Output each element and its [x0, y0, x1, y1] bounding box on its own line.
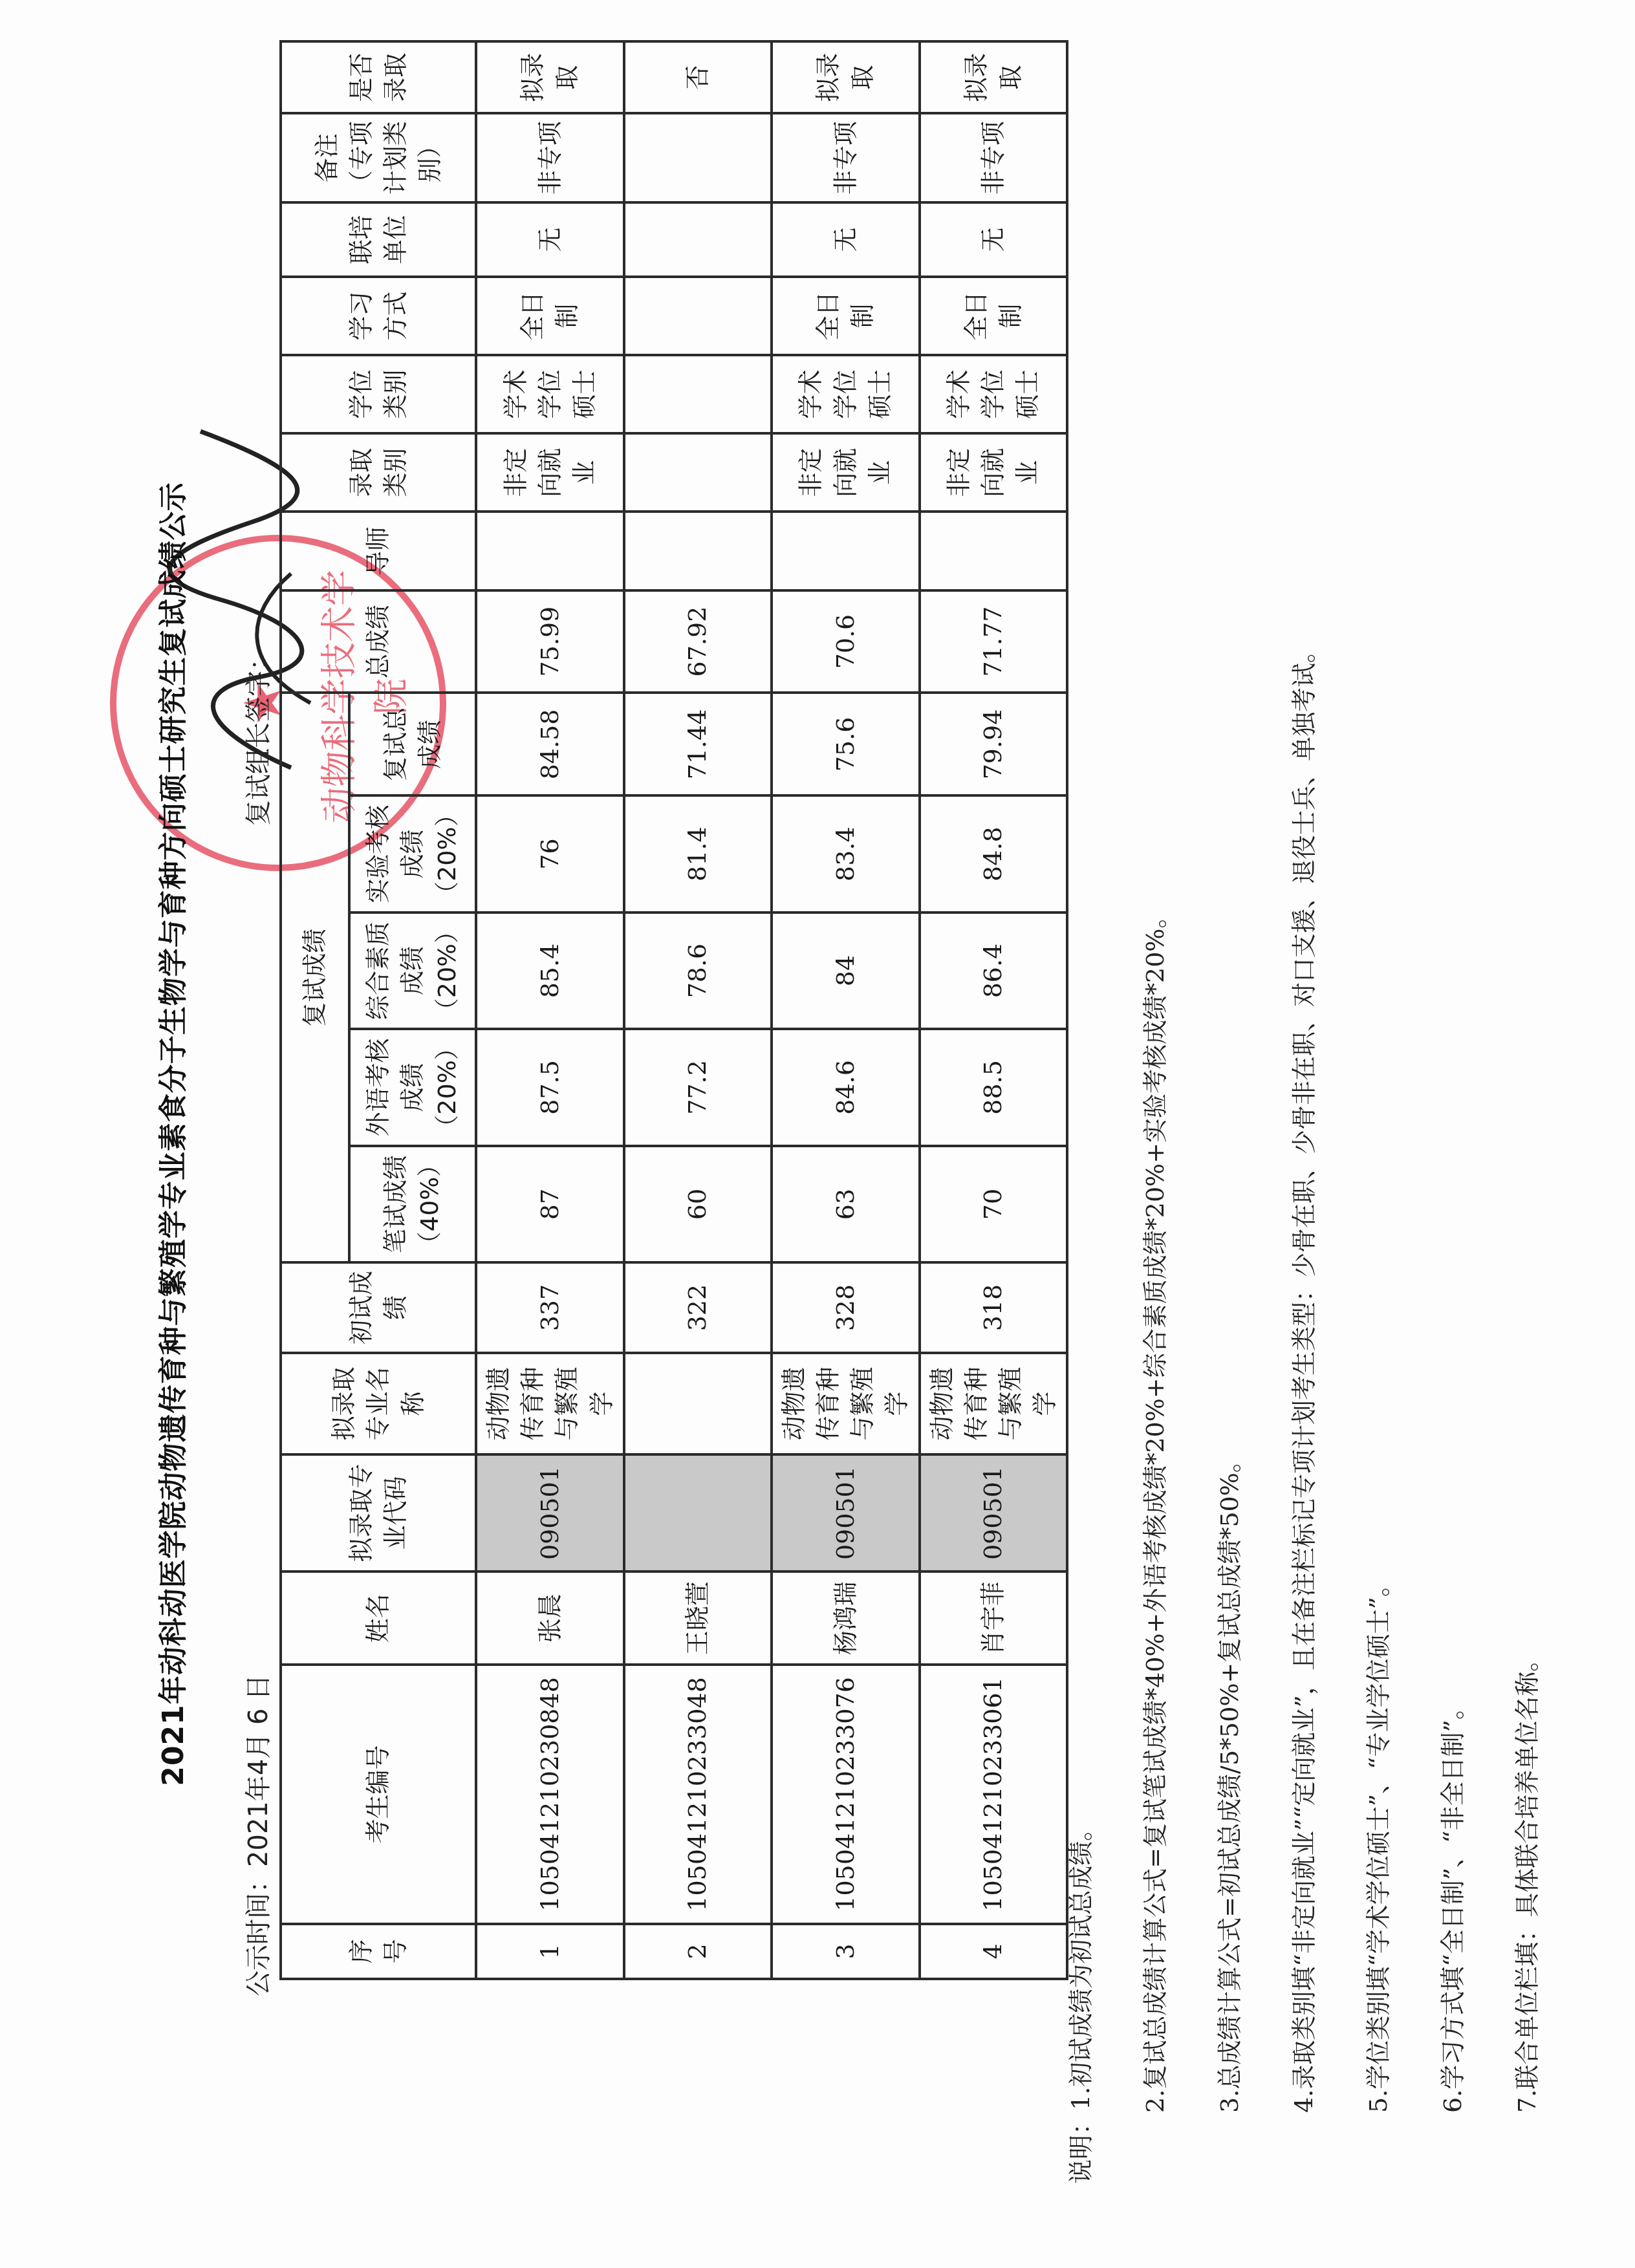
cell-total: 71.77	[920, 590, 1068, 693]
cell-retest-total: 84.58	[476, 693, 624, 795]
cell-written: 70	[920, 1146, 1068, 1262]
note-6: 6.学习方式填“全日制”、“非全日制”。	[1433, 1695, 1468, 2113]
cell-degree-type: 学术学位硕士	[476, 355, 624, 433]
cell-quality: 84	[772, 913, 920, 1029]
cell-degree-type: 学术学位硕士	[772, 355, 920, 433]
header-language: 外语考核成绩（20%）	[349, 1029, 476, 1145]
cell-lab: 81.4	[624, 795, 772, 912]
cell-quality: 78.6	[624, 913, 772, 1029]
cell-name: 杨鸿瑞	[772, 1571, 920, 1665]
notes-lead: 说明：1.初试成绩为初试总成绩。	[1061, 1817, 1096, 2184]
cell-remark: 非专项	[772, 113, 920, 202]
table-row: 3 105041210233076 杨鸿瑞 090501 动物遗传育种与繁殖学 …	[772, 41, 920, 1979]
cell-retest-total: 79.94	[920, 693, 1068, 795]
cell-seq: 3	[772, 1924, 920, 1979]
cell-admit-type: 非定向就业	[476, 433, 624, 512]
cell-major-code: 090501	[476, 1454, 624, 1571]
cell-name: 王晓萱	[624, 1571, 772, 1665]
cell-advisor	[476, 512, 624, 590]
cell-total: 67.92	[624, 590, 772, 693]
cell-name: 肖宇菲	[920, 1571, 1068, 1665]
cell-admit-type: 非定向就业	[920, 433, 1068, 512]
note-3: 3.总成绩计算公式=初试总成绩/5*50%+复试总成绩*50%。	[1209, 1448, 1245, 2113]
header-study-mode: 学习方式	[281, 277, 476, 355]
cell-quality: 86.4	[920, 913, 1068, 1029]
header-major-name: 拟录取专业名称	[281, 1353, 476, 1454]
note-4: 4.录取类别填“非定向就业”“定向就业”，且在备注栏标记专项计划考生类型：少骨在…	[1284, 638, 1319, 2113]
header-prelim-score: 初试成绩	[281, 1262, 476, 1353]
header-advisor: 导师	[281, 512, 476, 590]
cell-language: 77.2	[624, 1029, 772, 1145]
cell-lab: 76	[476, 795, 624, 912]
cell-admitted: 否	[624, 41, 772, 113]
cell-joint-unit	[624, 202, 772, 277]
cell-seq: 1	[476, 1924, 624, 1979]
cell-admitted: 拟录取	[772, 41, 920, 113]
cell-exam-id: 105041210233048	[624, 1665, 772, 1923]
header-major-code: 拟录取专业代码	[281, 1454, 476, 1571]
cell-written: 60	[624, 1146, 772, 1262]
cell-degree-type	[624, 355, 772, 433]
cell-retest-total: 71.44	[624, 693, 772, 795]
cell-lab: 84.8	[920, 795, 1068, 912]
cell-name: 张晨	[476, 1571, 624, 1665]
cell-language: 87.5	[476, 1029, 624, 1145]
cell-admit-type	[624, 433, 772, 512]
note-1: 1.初试成绩为初试总成绩。	[1067, 1817, 1095, 2110]
notes-lead-label: 说明：	[1067, 2110, 1095, 2184]
retest-score-table: 序号 考生编号 姓名 拟录取专业代码 拟录取专业名称 初试成绩 复试成绩 总成绩…	[279, 40, 1068, 1980]
document-title: 2021年动科动医学院动物遗传育种与繁殖学专业素食分子生物学与育种方向硕士研究生…	[150, 0, 191, 2268]
header-seq: 序号	[281, 1924, 476, 1979]
header-remark: 备注（专项计划类别）	[281, 113, 476, 202]
cell-written: 63	[772, 1146, 920, 1262]
cell-remark	[624, 113, 772, 202]
header-name: 姓名	[281, 1571, 476, 1665]
cell-major-code: 090501	[920, 1454, 1068, 1571]
header-retest-group: 复试成绩	[281, 693, 349, 1262]
header-lab: 实验考核成绩（20%）	[349, 795, 476, 912]
header-total: 总成绩	[281, 590, 476, 693]
cell-exam-id: 105041210230848	[476, 1665, 624, 1923]
cell-exam-id: 105041210233061	[920, 1665, 1068, 1923]
retest-leader-signature-label: 复试组长签字：	[238, 645, 275, 826]
table-header-row-top: 序号 考生编号 姓名 拟录取专业代码 拟录取专业名称 初试成绩 复试成绩 总成绩…	[281, 41, 349, 1979]
table-row: 2 105041210233048 王晓萱 322 60 77.2 78.6 8…	[624, 41, 772, 1979]
cell-major-code: 090501	[772, 1454, 920, 1571]
cell-remark: 非专项	[476, 113, 624, 202]
cell-major-name: 动物遗传育种与繁殖学	[772, 1353, 920, 1454]
cell-study-mode: 全日制	[476, 277, 624, 355]
cell-joint-unit: 无	[476, 202, 624, 277]
cell-prelim-score: 318	[920, 1262, 1068, 1353]
cell-quality: 85.4	[476, 913, 624, 1029]
cell-total: 70.6	[772, 590, 920, 693]
rotated-document-page: ★ 动物科学技术学院 2021年动科动医学院动物遗传育种与繁殖学专业素食分子生物…	[0, 0, 1635, 2268]
cell-major-code	[624, 1454, 772, 1571]
cell-major-name	[624, 1353, 772, 1454]
note-7: 7.联合单位栏填：具体联合培养单位名称。	[1507, 1647, 1543, 2113]
header-retest-total: 复试总成绩	[349, 693, 476, 795]
header-exam-id: 考生编号	[281, 1665, 476, 1923]
note-5: 5.学位类别填“学术学位硕士”、“专业学位硕士”。	[1358, 1572, 1394, 2113]
cell-major-name: 动物遗传育种与繁殖学	[476, 1353, 624, 1454]
header-joint-unit: 联培单位	[281, 202, 476, 277]
header-degree-type: 学位类别	[281, 355, 476, 433]
cell-degree-type: 学术学位硕士	[920, 355, 1068, 433]
publication-date: 公示时间：2021年4月 6 日	[238, 1674, 275, 1996]
table-row: 4 105041210233061 肖宇菲 090501 动物遗传育种与繁殖学 …	[920, 41, 1068, 1979]
cell-joint-unit: 无	[772, 202, 920, 277]
note-2: 2.复试总成绩计算公式=复试笔试成绩*40%+外语考核成绩*20%+综合素质成绩…	[1135, 904, 1171, 2113]
cell-admitted: 拟录取	[476, 41, 624, 113]
header-written: 笔试成绩（40%）	[349, 1146, 476, 1262]
cell-seq: 2	[624, 1924, 772, 1979]
cell-total: 75.99	[476, 590, 624, 693]
cell-lab: 83.4	[772, 795, 920, 912]
cell-prelim-score: 322	[624, 1262, 772, 1353]
cell-advisor	[772, 512, 920, 590]
cell-advisor	[920, 512, 1068, 590]
table-row: 1 105041210230848 张晨 090501 动物遗传育种与繁殖学 3…	[476, 41, 624, 1979]
cell-study-mode: 全日制	[920, 277, 1068, 355]
cell-remark: 非专项	[920, 113, 1068, 202]
cell-admitted: 拟录取	[920, 41, 1068, 113]
cell-study-mode: 全日制	[772, 277, 920, 355]
header-admitted: 是否录取	[281, 41, 476, 113]
cell-written: 87	[476, 1146, 624, 1262]
header-quality: 综合素质成绩（20%）	[349, 913, 476, 1029]
cell-prelim-score: 328	[772, 1262, 920, 1353]
cell-major-name: 动物遗传育种与繁殖学	[920, 1353, 1068, 1454]
cell-seq: 4	[920, 1924, 1068, 1979]
header-admit-type: 录取类别	[281, 433, 476, 512]
cell-exam-id: 105041210233076	[772, 1665, 920, 1923]
cell-retest-total: 75.6	[772, 693, 920, 795]
cell-prelim-score: 337	[476, 1262, 624, 1353]
cell-joint-unit: 无	[920, 202, 1068, 277]
cell-advisor	[624, 512, 772, 590]
cell-study-mode	[624, 277, 772, 355]
cell-admit-type: 非定向就业	[772, 433, 920, 512]
cell-language: 84.6	[772, 1029, 920, 1145]
cell-language: 88.5	[920, 1029, 1068, 1145]
